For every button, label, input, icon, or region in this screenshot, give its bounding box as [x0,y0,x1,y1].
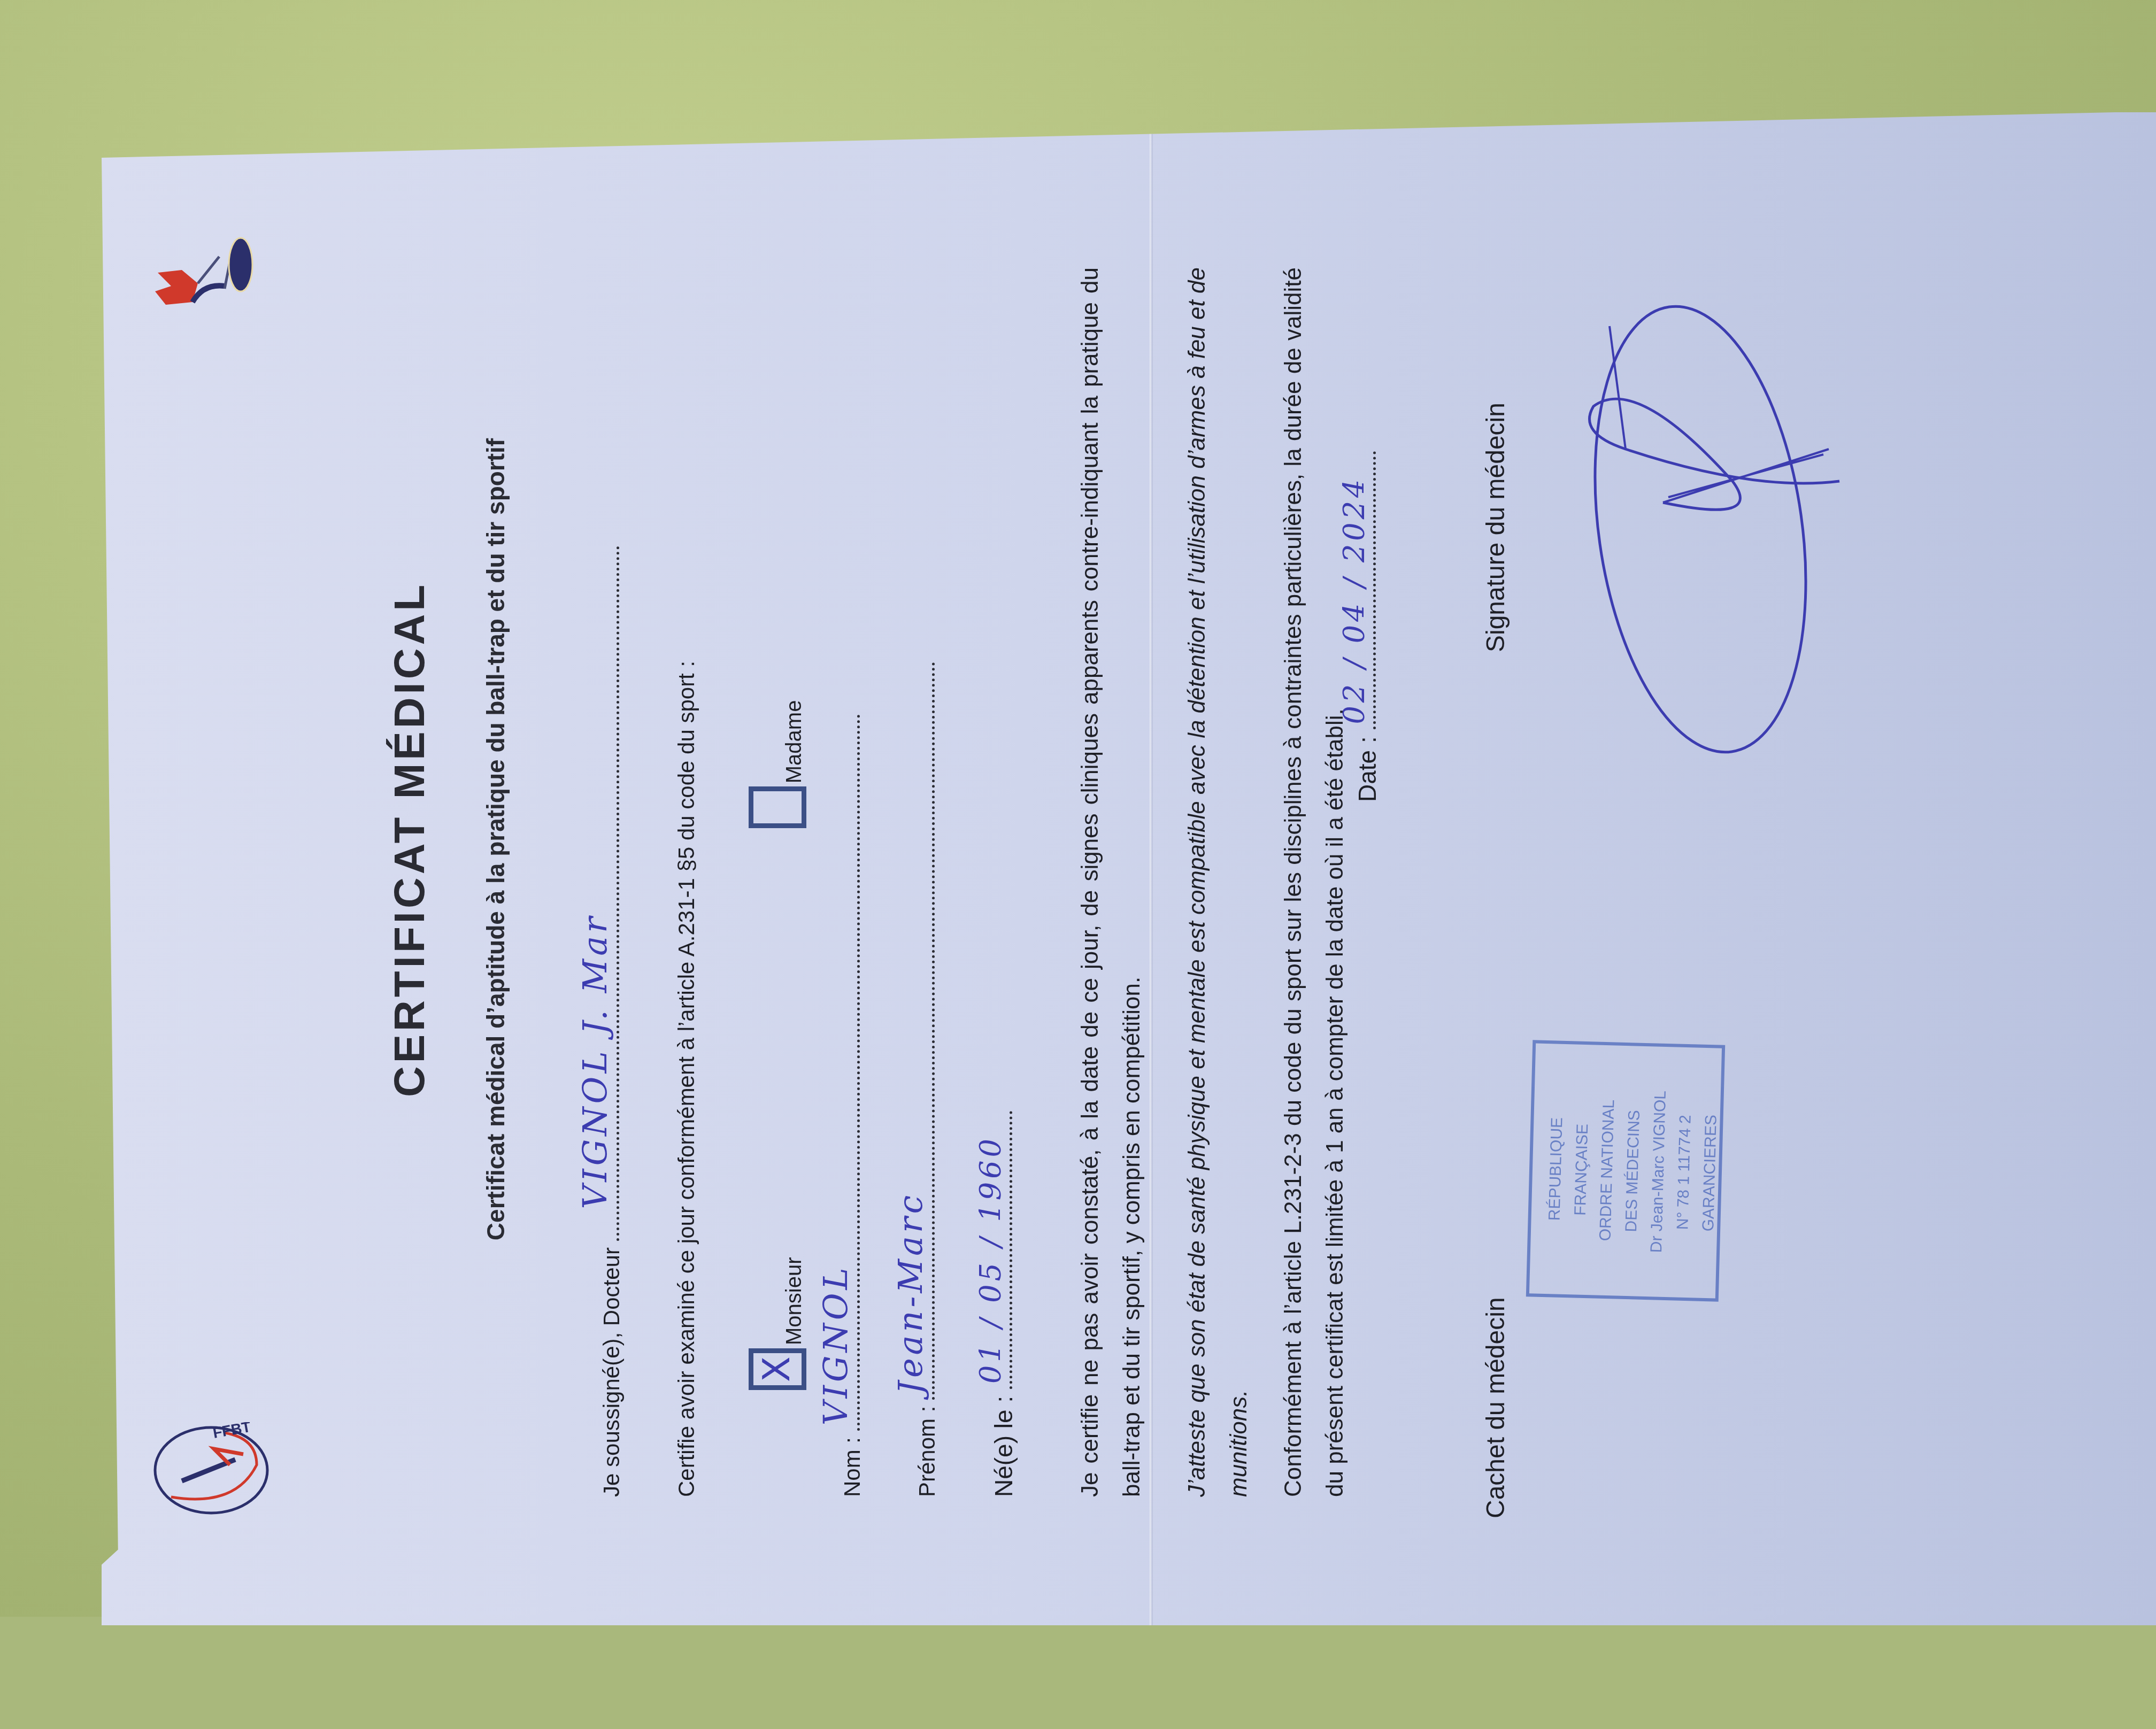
page-title: CERTIFICAT MÉDICAL [385,118,434,1561]
signature-label: Signature du médecin [1481,403,1511,652]
madame-label: Madame [782,700,806,784]
prenom-label: Prénom : [914,1406,940,1497]
check-mark-icon: X [758,1356,795,1382]
certificate-document: FFBT CERTIFICAT MÉDICAL Certificat médic… [128,118,1893,1561]
prenom-value: Jean-Marc [891,1192,930,1394]
paragraph-validity: Conformément à l’article L.231-2-3 du co… [1273,267,1356,1497]
date-value: 02 / 04 / 2024 [1337,476,1371,724]
stamp-label: Cachet du médecin [1481,1297,1511,1518]
signature-icon [1529,299,1872,781]
civility-group: X Monsieur Madame [749,700,806,1390]
naissance-line: Né(e) le : 01 / 05 / 1960 [989,1111,1018,1497]
svg-text:FFBT: FFBT [212,1422,252,1441]
doctor-label: Je soussigné(e), Docteur [599,1247,624,1497]
nom-value: VIGNOL [816,1264,855,1425]
madame-checkbox[interactable] [749,786,806,828]
paragraph-no-contraindication: Je certifie ne pas avoir constaté, à la … [1069,267,1153,1497]
doctor-value: VIGNOL J. Mar [575,914,614,1209]
doctor-line: Je soussigné(e), Docteur VIGNOL J. Mar [599,546,625,1497]
monsieur-checkbox[interactable]: X [749,1348,806,1390]
page-subtitle: Certificat médical d’aptitude à la prati… [481,118,510,1561]
ffbt-logo-icon: FFBT [150,1422,273,1518]
naissance-label: Né(e) le : [990,1396,1018,1497]
date-field[interactable]: 02 / 04 / 2024 [1362,451,1376,729]
nom-line: Nom : VIGNOL [840,714,865,1497]
prenom-line: Prénom : Jean-Marc [914,662,940,1497]
rooster-logo-icon [150,235,257,315]
prenom-field[interactable]: Jean-Marc [921,662,935,1400]
monsieur-label: Monsieur [782,1257,806,1345]
naissance-field[interactable]: 01 / 05 / 1960 [999,1111,1012,1389]
exam-line: Certifie avoir examiné ce jour conformém… [674,661,699,1497]
naissance-value: 01 / 05 / 1960 [974,1136,1007,1384]
date-line: Date : 02 / 04 / 2024 [1353,451,1382,802]
date-label: Date : [1353,736,1381,802]
nom-label: Nom : [840,1437,865,1497]
doctor-stamp: RÉPUBLIQUE FRANÇAISE ORDRE NATIONAL DES … [1526,1040,1725,1301]
nom-field[interactable]: VIGNOL [846,714,860,1431]
paragraph-firearms: J’atteste que son état de santé physique… [1176,267,1260,1497]
doctor-field[interactable]: VIGNOL J. Mar [606,546,619,1241]
